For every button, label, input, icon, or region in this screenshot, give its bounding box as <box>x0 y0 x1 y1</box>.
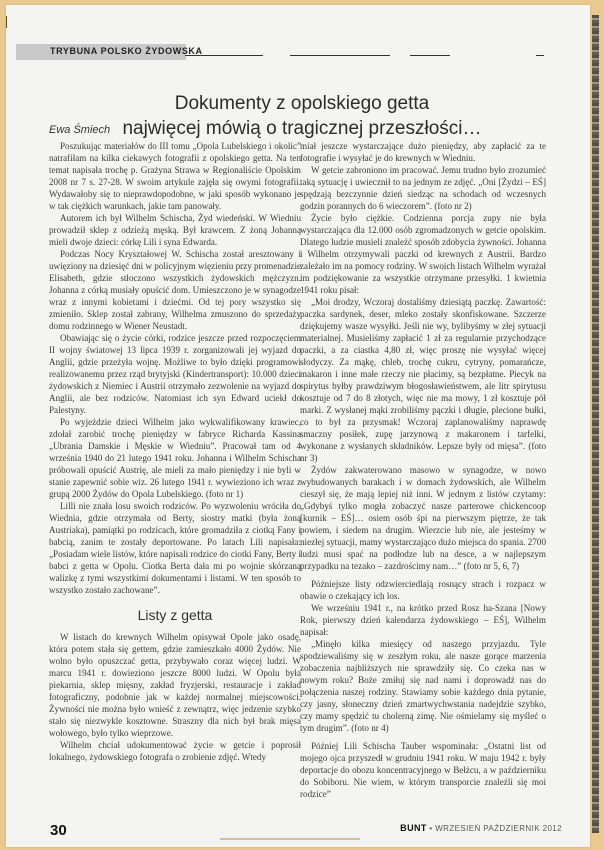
magazine-name: BUNT <box>400 823 427 833</box>
scan-mark <box>6 16 7 28</box>
title-line-1: Dokumenty z opolskiego getta <box>175 93 430 114</box>
paragraph: W listach do krewnych Wilhelm opisywał O… <box>49 631 301 739</box>
paragraph: Wilhelm chciał udokumentować życie w get… <box>49 739 301 763</box>
page-number: 30 <box>50 822 67 839</box>
paragraph: Lilli nie znała losu swoich rodziców. Po… <box>49 500 301 596</box>
header-rule <box>185 55 263 56</box>
paragraph: Podczas Nocy Kryształowej W. Schischa zo… <box>49 248 301 332</box>
paragraph: Żydów zakwaterowano masowo w synagodze, … <box>300 464 546 572</box>
subheading: Listy z getta <box>49 609 301 621</box>
paragraph: Później Lili Schischa Tauber wspominała:… <box>300 740 546 800</box>
left-column: Poszukując materiałów do III tomu „Opola… <box>49 140 301 763</box>
paragraph: Po wyjeździe dzieci Wilhelm jako wykwali… <box>49 416 301 500</box>
paragraph: Życie było ciężkie. Codzienna porcja zup… <box>300 212 546 296</box>
paragraph: Obawiając się o życie córki, rodzice jes… <box>49 332 301 416</box>
torn-edge <box>220 838 360 840</box>
title-line-2: najwięcej mówią o tragicznej przeszłości… <box>122 118 481 139</box>
header-rule <box>410 55 450 56</box>
header-rule <box>536 55 544 56</box>
article-author: Ewa Śmiech <box>49 124 110 136</box>
letter-quote: „Minęło kilka miesięcy od naszego przyja… <box>300 638 546 734</box>
header-rule <box>290 55 390 56</box>
paragraph: W getcie zabroniono im pracować. Jemu tr… <box>300 164 546 212</box>
paragraph: Autorem ich był Wilhelm Schischa, Żyd wi… <box>49 212 301 248</box>
issue-date: • WRZESIEŃ PAŹDZIERNIK 2012 <box>427 824 562 833</box>
paragraph: We wrześniu 1941 r., na krótko przed Ros… <box>300 602 546 638</box>
magazine-footer: BUNT • WRZESIEŃ PAŹDZIERNIK 2012 <box>400 823 562 833</box>
paragraph: miał jeszcze wystarczające dużo pieniędz… <box>300 140 546 164</box>
letter-quote: „Moi drodzy, Wczoraj dostaliśmy dziesiąt… <box>300 296 546 464</box>
right-column: miał jeszcze wystarczające dużo pieniędz… <box>300 140 546 800</box>
paragraph: Poszukując materiałów do III tomu „Opola… <box>49 140 301 212</box>
section-label: TRYBUNA POLSKO ŻYDOWSKA <box>50 46 203 56</box>
paragraph: Późniejsze listy odzwierciedlają rosnący… <box>300 578 546 602</box>
